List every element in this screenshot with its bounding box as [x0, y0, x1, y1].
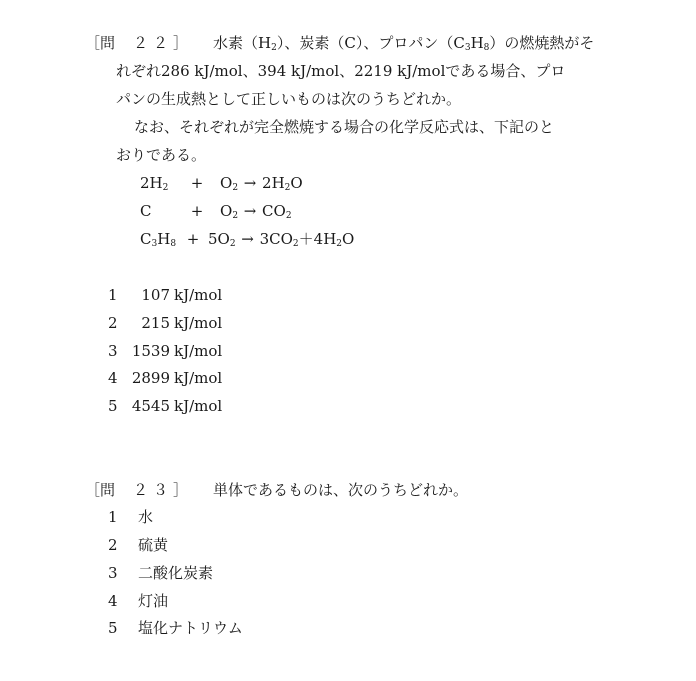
option-number: 3 — [108, 563, 118, 583]
reactant-1: 2H2 — [140, 173, 182, 193]
equation-1: 2H2+O2→2H2O — [140, 173, 303, 193]
option-5[interactable]: 5 4545 kJ/mol — [108, 396, 308, 416]
question-text: 単体であるものは、次のうちどれか。 — [213, 481, 468, 499]
reactant-2: O2 — [220, 201, 238, 221]
question-23-line-1: ［問２３］単体であるものは、次のうちどれか。 — [85, 480, 468, 500]
question-number: ２２］ — [133, 33, 193, 53]
reactant-1: C — [140, 201, 182, 221]
question-22-line-5: おりである。 — [116, 145, 206, 165]
question-23-label: ［問２３］ — [85, 480, 193, 500]
option-number: 5 — [108, 618, 118, 638]
option-number: 3 — [108, 341, 118, 361]
question-text: H — [471, 34, 484, 52]
arrow-icon: → — [236, 229, 260, 249]
equation-3: C3H8+5O2→3CO2＋4H2O — [140, 229, 354, 249]
plus-sign: + — [182, 173, 212, 193]
plus-sign: + — [182, 201, 212, 221]
option-1[interactable]: 1 107 kJ/mol — [108, 285, 308, 305]
option-value: 1539 — [128, 341, 170, 361]
question-22-line-3: パンの生成熱として正しいものは次のうちどれか。 — [116, 89, 461, 109]
option-value: 107 — [128, 285, 170, 305]
option-1[interactable]: 1 水 — [108, 507, 308, 527]
product: 2H2O — [262, 173, 303, 193]
option-unit: kJ/mol — [174, 285, 222, 305]
option-3[interactable]: 3 1539 kJ/mol — [108, 341, 308, 361]
option-4[interactable]: 4 灯油 — [108, 591, 308, 611]
option-value: 215 — [128, 313, 170, 333]
option-unit: kJ/mol — [174, 396, 222, 416]
option-text: 硫黄 — [138, 535, 168, 555]
question-text: 水素（H — [213, 34, 271, 52]
question-23-options: 1 水 2 硫黄 3 二酸化炭素 4 灯油 5 塩化ナトリウム — [108, 507, 308, 647]
reactant-2: O2 — [220, 173, 238, 193]
option-text: 二酸化炭素 — [138, 563, 213, 583]
option-number: 5 — [108, 396, 118, 416]
question-22-options: 1 107 kJ/mol 2 215 kJ/mol 3 1539 kJ/mol … — [108, 285, 308, 425]
option-3[interactable]: 3 二酸化炭素 — [108, 563, 308, 583]
question-22-line-4: なお、それぞれが完全燃焼する場合の化学反応式は、下記のと — [134, 117, 554, 137]
option-value: 2899 — [128, 368, 170, 388]
plus-sign: + — [182, 229, 204, 249]
option-unit: kJ/mol — [174, 313, 222, 333]
reactant-2: 5O2 — [208, 229, 236, 249]
equation-2: C+O2→CO2 — [140, 201, 292, 221]
question-22-line-1: ［問２２］水素（H2）、炭素（C）、プロパン（C3H8）の燃焼熱がそ — [85, 33, 594, 53]
option-value: 4545 — [128, 396, 170, 416]
question-22-line-2: れぞれ286 kJ/mol、394 kJ/mol、2219 kJ/molである場… — [116, 61, 565, 81]
product: CO2 — [262, 201, 292, 221]
option-text: 塩化ナトリウム — [138, 618, 243, 638]
option-text: 水 — [138, 507, 153, 527]
product: 3CO2＋4H2O — [260, 229, 355, 249]
option-number: 1 — [108, 285, 118, 305]
question-label-prefix: ［問 — [85, 481, 115, 499]
arrow-icon: → — [238, 201, 262, 221]
question-number: ２３］ — [133, 480, 193, 500]
arrow-icon: → — [238, 173, 262, 193]
option-text: 灯油 — [138, 591, 168, 611]
option-2[interactable]: 2 215 kJ/mol — [108, 313, 308, 333]
option-unit: kJ/mol — [174, 341, 222, 361]
question-label-prefix: ［問 — [85, 34, 115, 52]
option-number: 1 — [108, 507, 118, 527]
option-4[interactable]: 4 2899 kJ/mol — [108, 368, 308, 388]
question-text: ）、炭素（C）、プロパン（C — [277, 34, 465, 52]
reactant-1: C3H8 — [140, 229, 182, 249]
option-5[interactable]: 5 塩化ナトリウム — [108, 618, 308, 638]
option-number: 4 — [108, 591, 118, 611]
option-number: 2 — [108, 313, 118, 333]
question-text: ）の燃焼熱がそ — [489, 34, 594, 52]
question-22-label: ［問２２］ — [85, 33, 193, 53]
option-unit: kJ/mol — [174, 368, 222, 388]
option-number: 2 — [108, 535, 118, 555]
option-number: 4 — [108, 368, 118, 388]
option-2[interactable]: 2 硫黄 — [108, 535, 308, 555]
